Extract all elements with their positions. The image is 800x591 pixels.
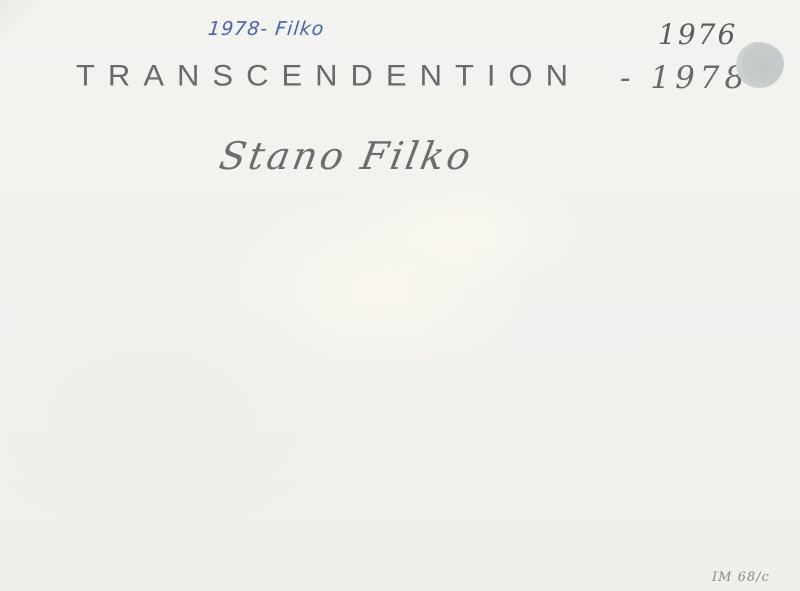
corner-crease bbox=[0, 0, 40, 40]
artwork-title: TRANSCENDENTION bbox=[76, 59, 581, 93]
blue-pen-annotation: 1978- Filko bbox=[207, 18, 326, 40]
artist-signature: Stano Filko bbox=[216, 134, 477, 178]
artwork-title-year: - 1978 bbox=[620, 60, 749, 96]
title-separator: - bbox=[620, 60, 635, 96]
photo-back-paper: 1978- Filko 1976 TRANSCENDENTION - 1978 … bbox=[0, 0, 800, 591]
adhesive-stain bbox=[736, 42, 784, 88]
year-annotation-top: 1976 bbox=[658, 18, 737, 51]
inventory-number: IM 68/c bbox=[712, 570, 770, 585]
title-year-value: 1978 bbox=[650, 60, 749, 96]
